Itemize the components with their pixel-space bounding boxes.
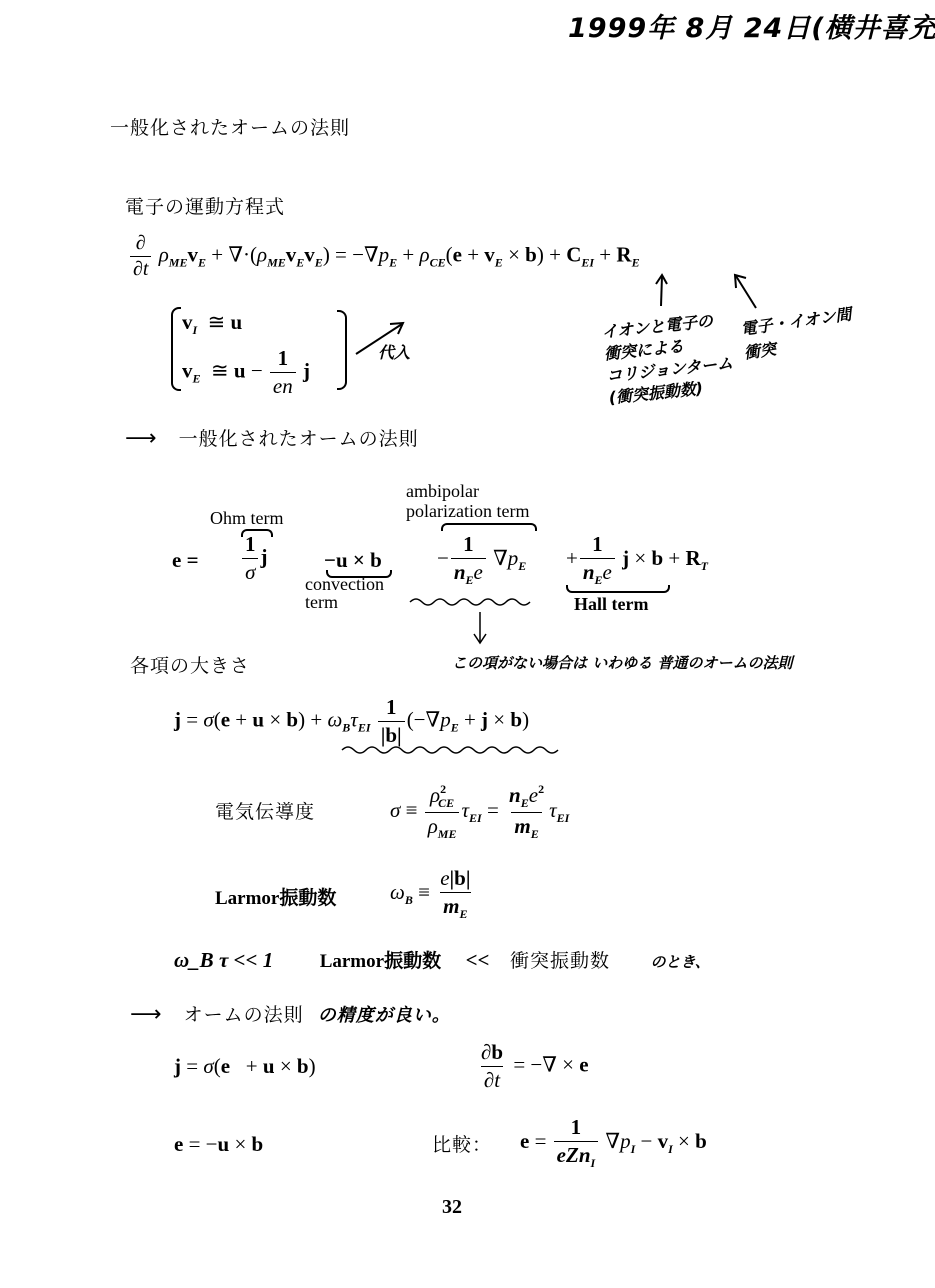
induction-equation: ∂b∂t = −∇ × e <box>476 1040 589 1093</box>
ambipolar-wavy-underline <box>408 596 536 608</box>
compare-label: 比較： <box>432 1130 492 1157</box>
label-ohm-term: Ohm term <box>210 508 284 529</box>
brace-ambipolar <box>441 523 537 531</box>
current-density-equation: j = σ(e + u × b) + ωBτEI 1|b|(−∇pE + j ×… <box>174 695 529 748</box>
handwritten-date-author: 1999年 8月 24日(横井喜充) <box>568 6 935 45</box>
conclusion-arrow-icon: ⟶ <box>130 1002 163 1027</box>
page-title: 一般化されたオームの法則 <box>110 113 350 140</box>
label-conductivity: 電気伝導度 <box>215 797 315 824</box>
ohm-eq-lhs: e = <box>172 548 199 573</box>
section-heading-magnitudes: 各項の大きさ <box>130 651 250 678</box>
brace-hall <box>566 585 670 593</box>
condition-line: ω_B τ << 1 Larmor振動数 << 衝突振動数 のとき、 <box>174 946 710 973</box>
page-number: 32 <box>442 1196 462 1219</box>
arrow-to-c-ei-icon <box>652 272 672 308</box>
frozen-in-equation: e = −u × b <box>174 1132 263 1157</box>
substitution-v-e: vE ≅ u − 1en j <box>182 346 310 399</box>
annotation-c-ei: イオンと電子の 衝突による コリジョンターム (衝突振動数) <box>601 309 737 410</box>
arrow-result-line: ⟶ 一般化されたオームの法則 <box>125 424 419 451</box>
electron-momentum-equation: ∂∂t ρMEvE + ∇·(ρMEvEvE) = −∇pE + ρCE(e +… <box>128 232 640 281</box>
conclusion-line: ⟶ オームの法則 の精度が良い。 <box>130 1000 451 1027</box>
substitute-note: 代入 <box>378 340 410 363</box>
note-ambipolar-absent: この項がない場合は いわゆる 普通のオームの法則 <box>452 652 792 673</box>
conductivity-equation: σ ≡ ρ2CEρMEτEI = nEe2mEτEI <box>390 782 569 842</box>
substitution-v-i: vI ≅ u <box>182 310 242 338</box>
section-heading-electron-eq: 電子の運動方程式 <box>125 192 285 219</box>
label-ambipolar: ambipolar polarization term <box>406 481 529 521</box>
substitution-left-brace <box>171 307 181 391</box>
label-hall: Hall term <box>574 594 648 615</box>
annotation-r-e: 電子・イオン間 衝突 <box>739 302 856 365</box>
substitution-right-brace <box>337 310 347 390</box>
ohm-law-simple-equation: j = σ(e + u × b) <box>174 1054 316 1079</box>
hall-wavy-underline <box>340 742 566 756</box>
label-larmor: Larmor振動数 <box>215 883 336 910</box>
ion-equation: e = 1eZnI ∇pI − vI × b <box>520 1115 707 1171</box>
arrow-to-r-e-icon <box>730 270 760 310</box>
hall-term: +1nEe j × b + RT <box>566 532 708 588</box>
larmor-equation: ωB ≡ e|b|mE <box>390 866 475 922</box>
label-convection: convection term <box>305 575 384 611</box>
ohm-term: 1σj <box>240 532 268 585</box>
ambipolar-term: −1nEe ∇pE <box>437 532 526 588</box>
result-arrow-icon: ⟶ <box>125 426 158 451</box>
down-arrow-icon <box>470 610 490 646</box>
